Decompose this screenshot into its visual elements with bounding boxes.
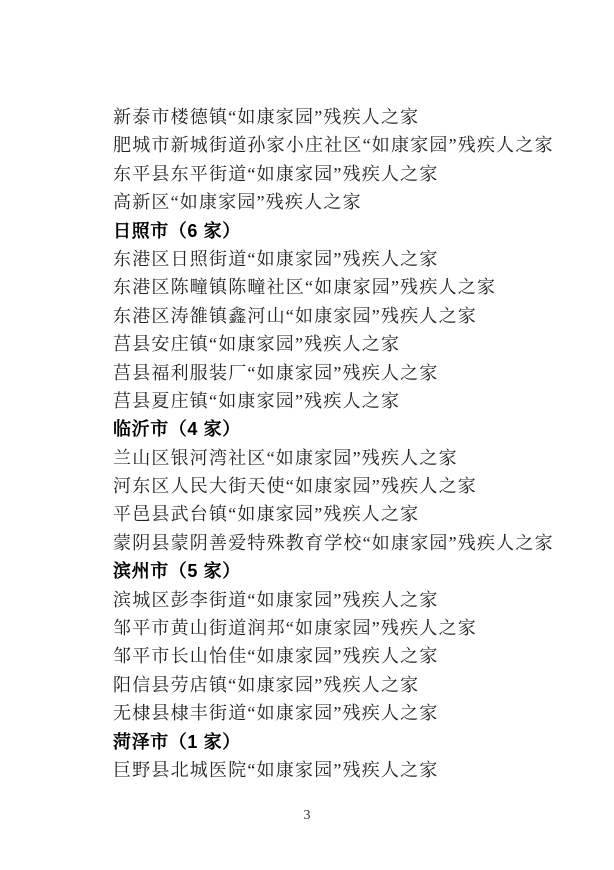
city-section-heading: 日照市（6 家） — [113, 217, 584, 245]
facility-list-item: 东港区陈疃镇陈疃社区“如康家园”残疾人之家 — [113, 273, 584, 301]
facility-list: 新泰市楼德镇“如康家园”残疾人之家肥城市新城街道孙家小庄社区“如康家园”残疾人之… — [113, 103, 584, 784]
facility-list-item: 莒县夏庄镇“如康家园”残疾人之家 — [113, 387, 584, 415]
page-footer: 3 — [0, 806, 614, 824]
facility-list-item: 东平县东平街道“如康家园”残疾人之家 — [113, 160, 584, 188]
city-section-heading: 滨州市（5 家） — [113, 557, 584, 585]
facility-list-item: 阳信县劳店镇“如康家园”残疾人之家 — [113, 671, 584, 699]
facility-list-item: 东港区涛雒镇鑫河山“如康家园”残疾人之家 — [113, 302, 584, 330]
city-section-heading: 临沂市（4 家） — [113, 415, 584, 443]
facility-list-item: 巨野县北城医院“如康家园”残疾人之家 — [113, 756, 584, 784]
city-section-heading: 菏泽市（1 家） — [113, 728, 584, 756]
facility-list-item: 莒县安庄镇“如康家园”残疾人之家 — [113, 330, 584, 358]
facility-list-item: 平邑县武台镇“如康家园”残疾人之家 — [113, 500, 584, 528]
facility-list-item: 滨城区彭李街道“如康家园”残疾人之家 — [113, 586, 584, 614]
facility-list-item: 邹平市长山怡佳“如康家园”残疾人之家 — [113, 642, 584, 670]
facility-list-item: 莒县福利服装厂“如康家园”残疾人之家 — [113, 359, 584, 387]
facility-list-item: 河东区人民大街天使“如康家园”残疾人之家 — [113, 472, 584, 500]
facility-list-item: 新泰市楼德镇“如康家园”残疾人之家 — [113, 103, 584, 131]
facility-list-item: 蒙阴县蒙阴善爱特殊教育学校“如康家园”残疾人之家 — [113, 529, 584, 557]
facility-list-item: 高新区“如康家园”残疾人之家 — [113, 188, 584, 216]
facility-list-item: 肥城市新城街道孙家小庄社区“如康家园”残疾人之家 — [113, 131, 584, 159]
facility-list-item: 兰山区银河湾社区“如康家园”残疾人之家 — [113, 444, 584, 472]
document-page: 新泰市楼德镇“如康家园”残疾人之家肥城市新城街道孙家小庄社区“如康家园”残疾人之… — [0, 0, 614, 870]
facility-list-item: 邹平市黄山街道润邦“如康家园”残疾人之家 — [113, 614, 584, 642]
page-number: 3 — [304, 808, 311, 823]
facility-list-item: 无棣县棣丰街道“如康家园”残疾人之家 — [113, 699, 584, 727]
facility-list-item: 东港区日照街道“如康家园”残疾人之家 — [113, 245, 584, 273]
